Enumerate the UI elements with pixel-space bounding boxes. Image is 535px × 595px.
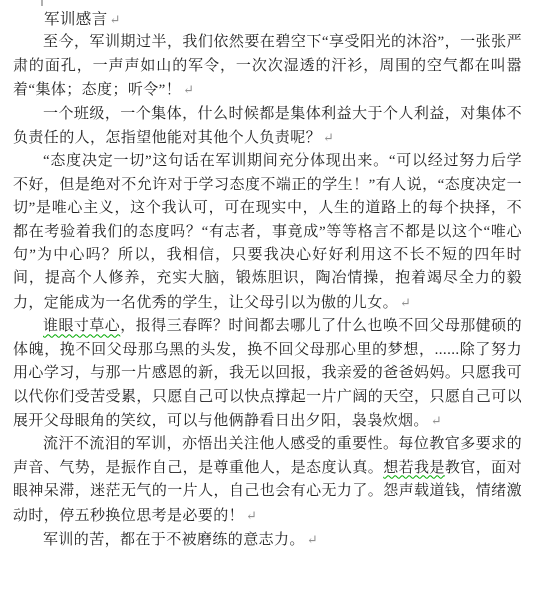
paragraph-mark-icon: ↵ — [398, 295, 411, 310]
paragraph: 流汗不流泪的军训，亦悟出关注他人感受的重要性。每位教官多要求的声音、气势，是振作… — [13, 433, 522, 528]
document-title: 军训感言↵ — [13, 8, 522, 31]
crop-artifact-tick — [41, 0, 43, 6]
text-run: 军训的苦，都在于不被磨练的意志力。 — [43, 532, 305, 548]
text-run: “态度决定一切”这句话在军训期间充分体现出来。“可以经过努力后学不好，但是绝对不… — [13, 153, 522, 310]
paragraph: “态度决定一切”这句话在军训期间充分体现出来。“可以经过努力后学不好，但是绝对不… — [13, 150, 522, 315]
text-run: 一个班级，一个集体，什么时候都是集体利益大于个人利益，对集体不负责任的人，怎指望… — [13, 106, 522, 146]
spellcheck-flagged-text: 想若我是 — [383, 460, 445, 476]
document-body: 军训感言↵ 至今，军训期过半，我们依然要在碧空下“享受阳光的沐浴”，一张张严肃的… — [13, 8, 522, 552]
document-title-text: 军训感言 — [44, 11, 108, 28]
paragraph-mark-icon: ↵ — [321, 130, 334, 145]
paragraph-list: 至今，军训期过半，我们依然要在碧空下“享受阳光的沐浴”，一张张严肃的面孔，一声声… — [13, 31, 522, 552]
paragraph-mark-icon: ↵ — [181, 82, 194, 97]
paragraph: 谁眼寸草心，报得三春晖？时间都去哪儿了什么也唤不回父母那健硕的体魄，挽不回父母那… — [13, 315, 522, 433]
document-page: 军训感言↵ 至今，军训期过半，我们依然要在碧空下“享受阳光的沐浴”，一张张严肃的… — [0, 0, 535, 595]
paragraph: 军训的苦，都在于不被磨练的意志力。↵ — [13, 528, 522, 552]
paragraph-mark-icon: ↵ — [305, 532, 318, 547]
paragraph: 至今，军训期过半，我们依然要在碧空下“享受阳光的沐浴”，一张张严肃的面孔，一声声… — [13, 31, 522, 102]
paragraph-mark-icon: ↵ — [244, 508, 257, 523]
text-run: 至今，军训期过半，我们依然要在碧空下“享受阳光的沐浴”，一张张严肃的面孔，一声声… — [13, 34, 522, 98]
text-run: ，报得三春晖？时间都去哪儿了什么也唤不回父母那健硕的体魄，挽不回父母那乌黑的头发… — [13, 318, 522, 429]
paragraph: 一个班级，一个集体，什么时候都是集体利益大于个人利益，对集体不负责任的人，怎指望… — [13, 103, 522, 151]
paragraph-mark-icon: ↵ — [108, 12, 121, 27]
paragraph-mark-icon: ↵ — [429, 413, 442, 428]
spellcheck-flagged-text: 谁眼寸草心 — [43, 318, 120, 334]
